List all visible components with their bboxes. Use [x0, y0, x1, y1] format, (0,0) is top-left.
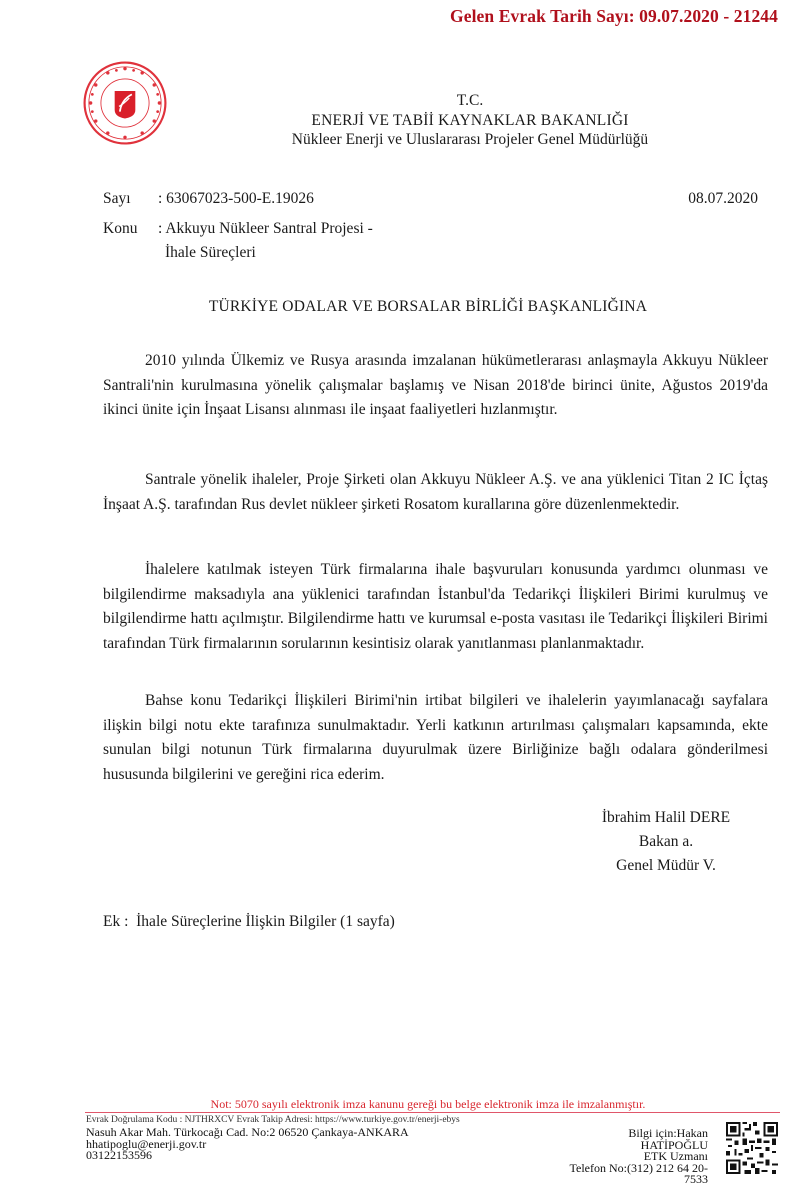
konu-value-line2: İhale Süreçleri: [165, 244, 256, 262]
footer-divider: [85, 1112, 780, 1113]
contact-phone: Telefon No:(312) 212 64 20-: [508, 1163, 708, 1175]
konu-label: Konu: [103, 220, 137, 238]
header-ministry: ENERJİ VE TABİİ KAYNAKLAR BAKANLIĞI: [0, 112, 796, 130]
body-paragraph: İhalelere katılmak isteyen Türk firmalar…: [103, 558, 768, 656]
body-paragraph: 2010 yılında Ülkemiz ve Rusya arasında i…: [103, 349, 768, 423]
document-date: 08.07.2020: [688, 190, 758, 208]
e-signature-note: Not: 5070 sayılı elektronik imza kanunu …: [0, 1097, 796, 1112]
signatory-title: Genel Müdür V.: [566, 854, 766, 878]
header-directorate: Nükleer Enerji ve Uluslararası Projeler …: [0, 131, 796, 149]
attachment-line: Ek : İhale Süreçlerine İlişkin Bilgiler …: [103, 913, 395, 931]
signatory-role: Bakan a.: [566, 830, 766, 854]
footer-phone: 03122153596: [86, 1150, 409, 1162]
body-paragraph: Bahse konu Tedarikçi İlişkileri Birimi'n…: [103, 689, 768, 787]
body-paragraph: Santrale yönelik ihaleler, Proje Şirketi…: [103, 468, 768, 517]
footer-address-block: Nasuh Akar Mah. Türkocağı Cad. No:2 0652…: [86, 1127, 409, 1162]
incoming-document-stamp: Gelen Evrak Tarih Sayı: 09.07.2020 - 212…: [358, 6, 778, 27]
contact-phone-ext: 7533: [508, 1174, 708, 1186]
sayi-label: Sayı: [103, 190, 131, 208]
addressee: TÜRKİYE ODALAR VE BORSALAR BİRLİĞİ BAŞKA…: [0, 298, 796, 316]
signatory-name: İbrahim Halil DERE: [566, 806, 766, 830]
header-tc: T.C.: [0, 92, 796, 110]
footer-contact-block: Bilgi için:Hakan HATİPOĞLU ETK Uzmanı Te…: [508, 1128, 708, 1186]
signature-block: İbrahim Halil DERE Bakan a. Genel Müdür …: [566, 806, 766, 878]
sayi-value: : 63067023-500-E.19026: [158, 190, 314, 208]
konu-value-line1: : Akkuyu Nükleer Santral Projesi -: [158, 220, 373, 238]
qr-code-icon[interactable]: [726, 1122, 778, 1174]
verification-code: Evrak Doğrulama Kodu : NJTHRXCV Evrak Ta…: [86, 1115, 460, 1125]
